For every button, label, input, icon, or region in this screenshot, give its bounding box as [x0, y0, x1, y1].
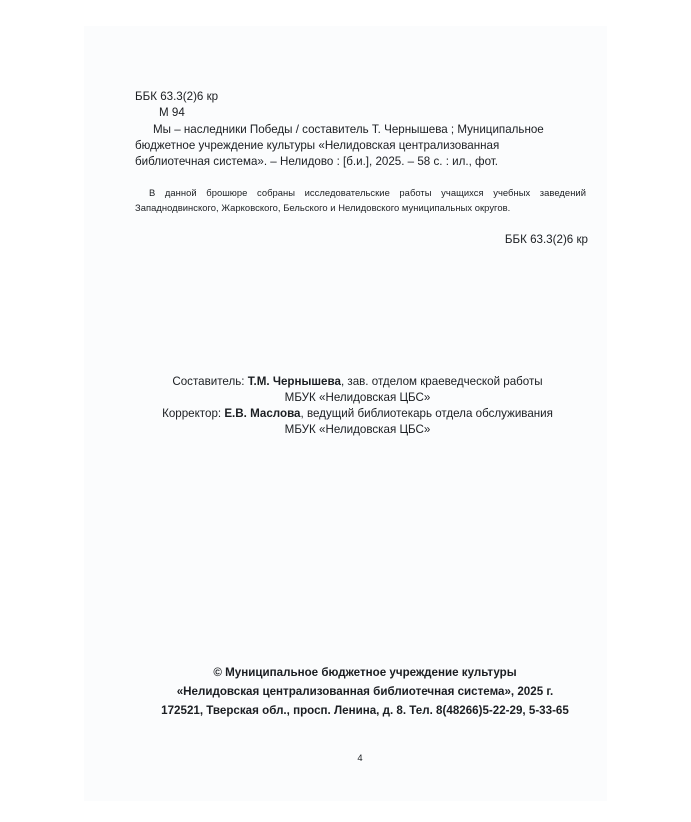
- compiler-label: Составитель:: [172, 375, 247, 388]
- page-number: 4: [340, 751, 380, 765]
- compiler-role: , зав. отделом краеведческой работы: [341, 375, 543, 388]
- bibliographic-description-line-3: библиотечная система». – Нелидово : [б.и…: [135, 154, 498, 170]
- editor-name: Е.В. Маслова: [224, 407, 300, 420]
- copyright-address: 172521, Тверская обл., просп. Ленина, д.…: [100, 703, 630, 719]
- editor-label: Корректор:: [162, 407, 224, 420]
- bbk-index-top: ББК 63.3(2)6 кр: [135, 89, 218, 105]
- editor-role: , ведущий библиотекарь отдела обслуживан…: [301, 407, 553, 420]
- editor-line: Корректор: Е.В. Маслова, ведущий библиот…: [100, 406, 615, 422]
- compiler-name: Т.М. Чернышева: [248, 375, 341, 388]
- copyright-line-1: © Муниципальное бюджетное учреждение кул…: [100, 665, 630, 681]
- copyright-line-2: «Нелидовская централизованная библиотечн…: [100, 684, 630, 700]
- author-mark: М 94: [159, 105, 185, 121]
- annotation-line-2: Западнодвинского, Жарковского, Бельского…: [135, 201, 510, 215]
- bibliographic-description-line-1: Мы – наследники Победы / составитель Т. …: [153, 122, 544, 138]
- bibliographic-description-line-2: бюджетное учреждение культуры «Нелидовск…: [135, 138, 499, 154]
- compiler-line: Составитель: Т.М. Чернышева, зав. отдело…: [100, 374, 615, 390]
- compiler-organization: МБУК «Нелидовская ЦБС»: [100, 390, 615, 406]
- editor-organization: МБУК «Нелидовская ЦБС»: [100, 422, 615, 438]
- annotation-line-1: В данной брошюре собраны исследовательск…: [149, 186, 586, 200]
- bbk-index-bottom: ББК 63.3(2)6 кр: [505, 232, 588, 248]
